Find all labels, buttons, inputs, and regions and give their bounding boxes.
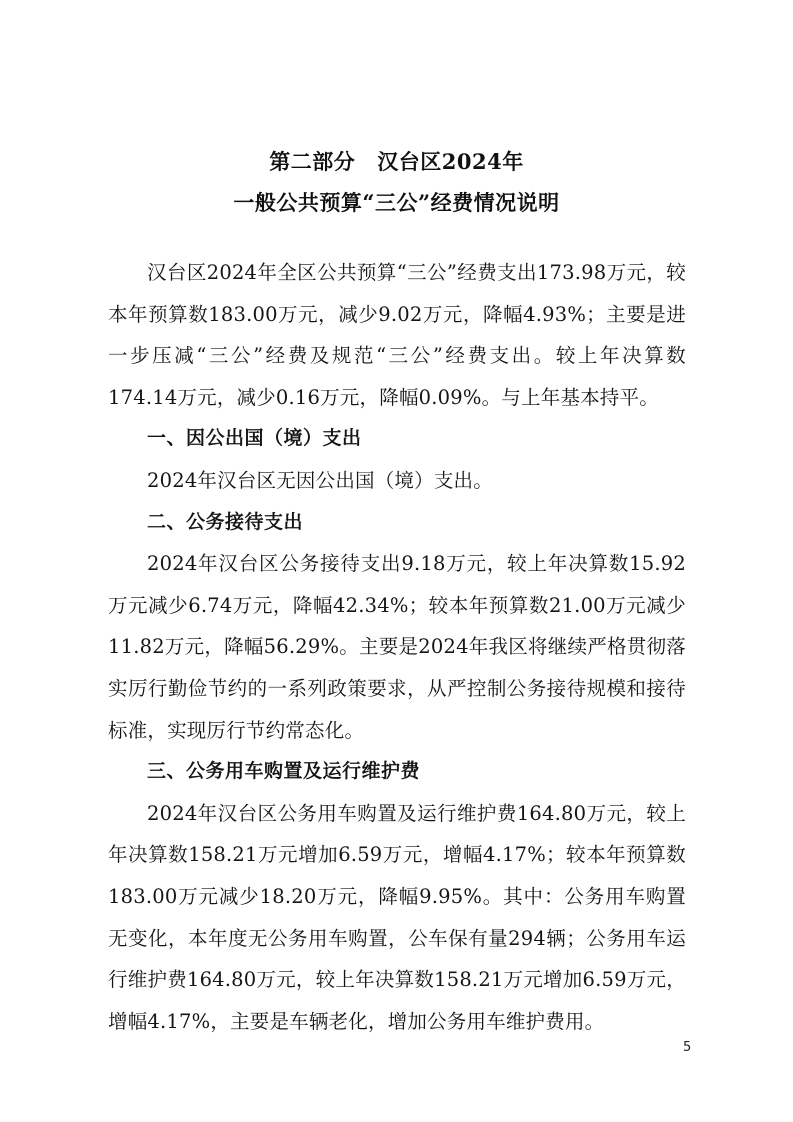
section-paragraph-official-reception: 2024年汉台区公务接待支出9.18万元，较上年决算数15.92万元减少6.74… [108,543,686,751]
section-heading-overseas-travel: 一、因公出国（境）支出 [108,418,686,460]
section-heading-official-vehicles: 三、公务用车购置及运行维护费 [108,751,686,793]
document-page: 第二部分汉台区2024年 一般公共预算“三公”经费情况说明 汉台区2024年全区… [0,0,793,1122]
section-paragraph-overseas-travel: 2024年汉台区无因公出国（境）支出。 [108,460,686,502]
section-paragraph-official-vehicles: 2024年汉台区公务用车购置及运行维护费164.80万元，较上年决算数158.2… [108,793,686,1043]
document-body: 汉台区2024年全区公共预算“三公”经费支出173.98万元，较本年预算数183… [108,252,686,1042]
intro-paragraph: 汉台区2024年全区公共预算“三公”经费支出173.98万元，较本年预算数183… [108,252,686,418]
document-title-line-1: 第二部分汉台区2024年 [0,148,793,176]
part-label: 第二部分 [269,149,355,174]
district-year-label: 汉台区2024年 [377,149,523,174]
document-title-line-2: 一般公共预算“三公”经费情况说明 [0,189,793,217]
section-heading-official-reception: 二、公务接待支出 [108,502,686,544]
page-number: 5 [683,1040,691,1055]
